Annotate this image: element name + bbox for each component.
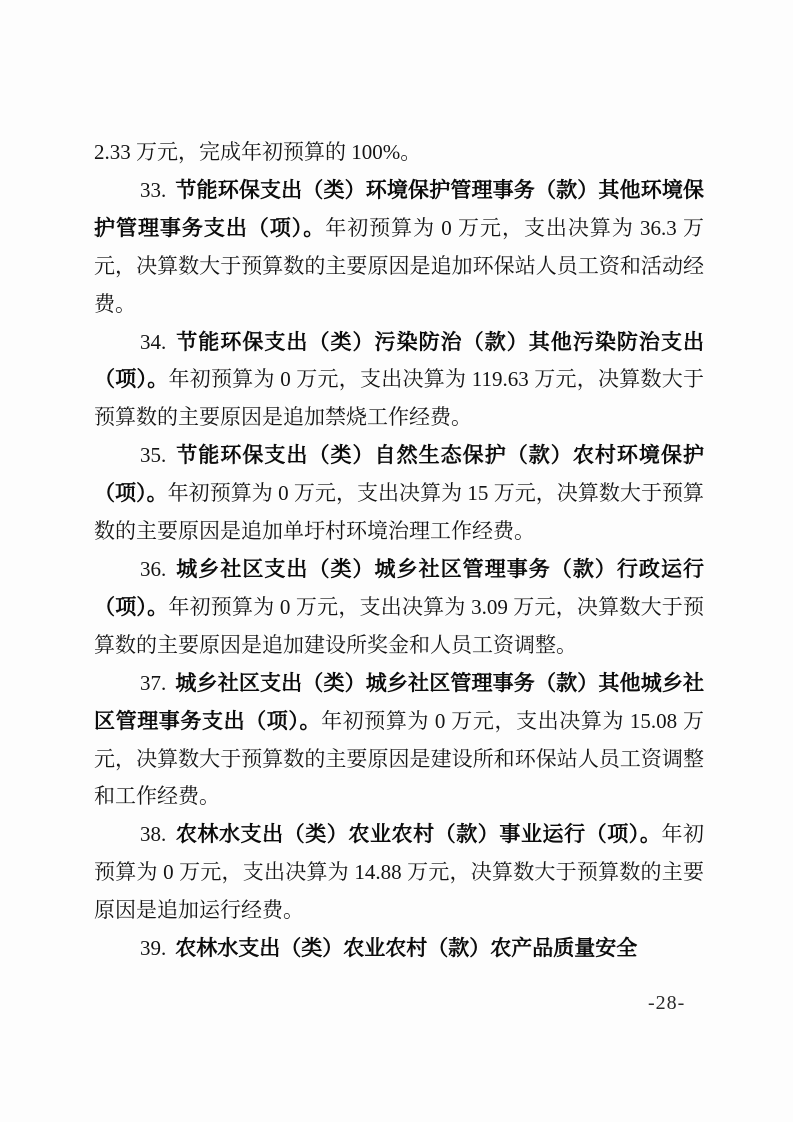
- paragraph-continuation: 2.33 万元，完成年初预算的 100%。: [94, 134, 704, 172]
- paragraph-number: 34.: [140, 330, 166, 354]
- paragraph-number: 36.: [140, 557, 166, 581]
- paragraph-number: 35.: [140, 443, 166, 467]
- paragraph-38: 38.农林水支出（类）农业农村（款）事业运行（项）。年初预算为 0 万元，支出决…: [94, 816, 704, 930]
- paragraph-number: 37.: [140, 671, 166, 695]
- paragraph-number: 39.: [140, 936, 166, 960]
- document-page: 2.33 万元，完成年初预算的 100%。 33.节能环保支出（类）环境保护管理…: [0, 0, 793, 1122]
- paragraph-39: 39.农林水支出（类）农业农村（款）农产品质量安全: [94, 930, 704, 968]
- paragraph-heading: 农林水支出（类）农业农村（款）事业运行（项）。: [175, 822, 661, 846]
- paragraph-heading: 农林水支出（类）农业农村（款）农产品质量安全: [175, 936, 637, 960]
- paragraph-34: 34.节能环保支出（类）污染防治（款）其他污染防治支出（项）。年初预算为 0 万…: [94, 324, 704, 438]
- paragraph-body: 年初预算为 0 万元，支出决算为 119.63 万元，决算数大于预算数的主要原因…: [94, 367, 704, 429]
- document-body: 2.33 万元，完成年初预算的 100%。 33.节能环保支出（类）环境保护管理…: [94, 134, 704, 968]
- paragraph-33: 33.节能环保支出（类）环境保护管理事务（款）其他环境保护管理事务支出（项）。年…: [94, 172, 704, 324]
- paragraph-number: 38.: [140, 822, 166, 846]
- continuation-text: 2.33 万元，完成年初预算的 100%。: [94, 140, 421, 164]
- paragraph-body: 年初预算为 0 万元，支出决算为 3.09 万元，决算数大于预算数的主要原因是追…: [94, 595, 704, 657]
- paragraph-36: 36.城乡社区支出（类）城乡社区管理事务（款）行政运行（项）。年初预算为 0 万…: [94, 551, 704, 665]
- paragraph-37: 37.城乡社区支出（类）城乡社区管理事务（款）其他城乡社区管理事务支出（项）。年…: [94, 665, 704, 817]
- paragraph-35: 35.节能环保支出（类）自然生态保护（款）农村环境保护（项）。年初预算为 0 万…: [94, 437, 704, 551]
- paragraph-number: 33.: [140, 178, 166, 202]
- page-number: -28-: [648, 992, 685, 1015]
- paragraph-body: 年初预算为 0 万元，支出决算为 15 万元，决算数大于预算数的主要原因是追加单…: [94, 481, 704, 543]
